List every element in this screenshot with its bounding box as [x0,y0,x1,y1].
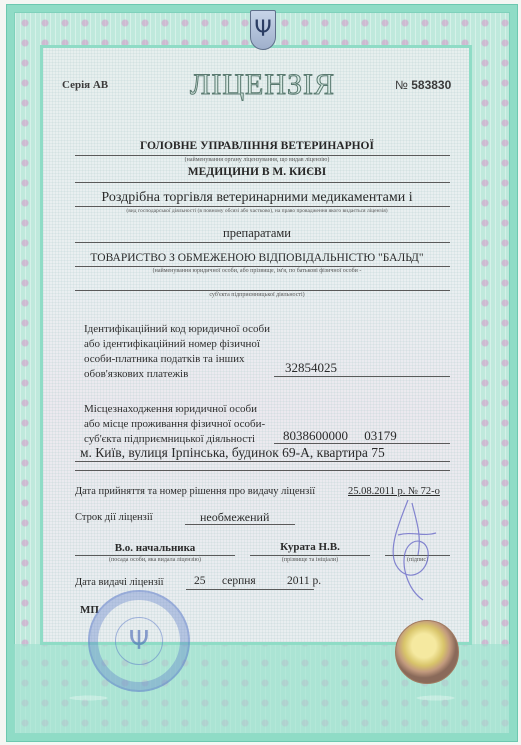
underline [186,589,314,590]
licensee-name: ТОВАРИСТВО З ОБМЕЖЕНОЮ ВІДПОВІДАЛЬНІСТЮ … [62,252,452,264]
location-label-line: Місцезнаходження юридичної особи [84,402,265,417]
underline [274,443,450,444]
position-caption: (посада особи, яка видала ліцензію) [75,557,235,563]
issue-date-label: Дата видачі ліцензії [75,577,164,588]
licensee-caption-1: (найменування юридичної особи, або прізв… [62,268,452,274]
issue-year: 2011 р. [287,575,321,587]
underline [75,461,450,462]
handwritten-signature [378,495,438,605]
validity-label: Строк дії ліцензії [75,512,153,523]
id-code-label-line: особи-платника податків та інших [84,352,270,367]
underline [75,206,450,207]
location-address: м. Київ, вулиця Ірпінська, будинок 69-А,… [80,445,385,461]
authority-line-1: ГОЛОВНЕ УПРАВЛІННЯ ВЕТЕРИНАРНОЇ [62,140,452,152]
licensee-caption-2: суб'єкта підприємницької діяльності) [62,292,452,298]
id-code-label: Ідентифікаційний код юридичної особи або… [84,322,270,382]
location-label: Місцезнаходження юридичної особи або міс… [84,402,265,447]
underline [75,182,450,183]
underline [75,290,450,291]
underline [274,376,450,377]
series-label: Серія АВ [62,79,108,91]
activity-line-2: препаратами [62,226,452,241]
decision-label: Дата прийняття та номер рішення про вида… [75,486,315,497]
authority-line-2: МЕДИЦИНИ В М. КИЄВІ [62,166,452,178]
hologram-sticker [395,620,459,684]
underline [75,555,235,556]
validity-value: необмежений [200,510,269,525]
name-caption: (прізвище та ініціали) [250,557,370,563]
activity-caption: (вид господарської діяльності (в повному… [62,208,452,214]
id-code-label-line: обов'язкових платежів [84,367,270,382]
id-code-label-line: або ідентифікаційний номер фізичної [84,337,270,352]
location-codes: 8038600000 03179 [283,428,397,444]
document-title: ЛІЦЕНЗІЯ [190,68,335,102]
signatory-position: В.о. начальника [75,542,235,554]
location-label-line: або місце проживання фізичної особи- [84,417,265,432]
underline [75,155,450,156]
number-value: 583830 [411,78,451,92]
issue-day: 25 [194,575,206,587]
official-seal-stamp: Ψ [88,590,190,692]
stamp-trident-icon: Ψ [115,617,163,665]
license-number: № 583830 [395,78,451,92]
activity-line-1: Роздрібна торгівля ветеринарними медикам… [62,190,452,206]
id-code-label-line: Ідентифікаційний код юридичної особи [84,322,270,337]
underline [185,524,295,525]
underline [75,470,450,471]
id-code-value: 32854025 [285,360,337,376]
signatory-name: Курата Н.В. [250,541,370,553]
issue-month: серпня [222,575,256,587]
number-prefix: № [395,78,408,92]
ukraine-trident-icon: Ψ [250,10,276,50]
underline [75,266,450,267]
underline [75,242,450,243]
authority-caption: (найменування органу ліцензування, що ви… [62,157,452,163]
underline [250,555,370,556]
